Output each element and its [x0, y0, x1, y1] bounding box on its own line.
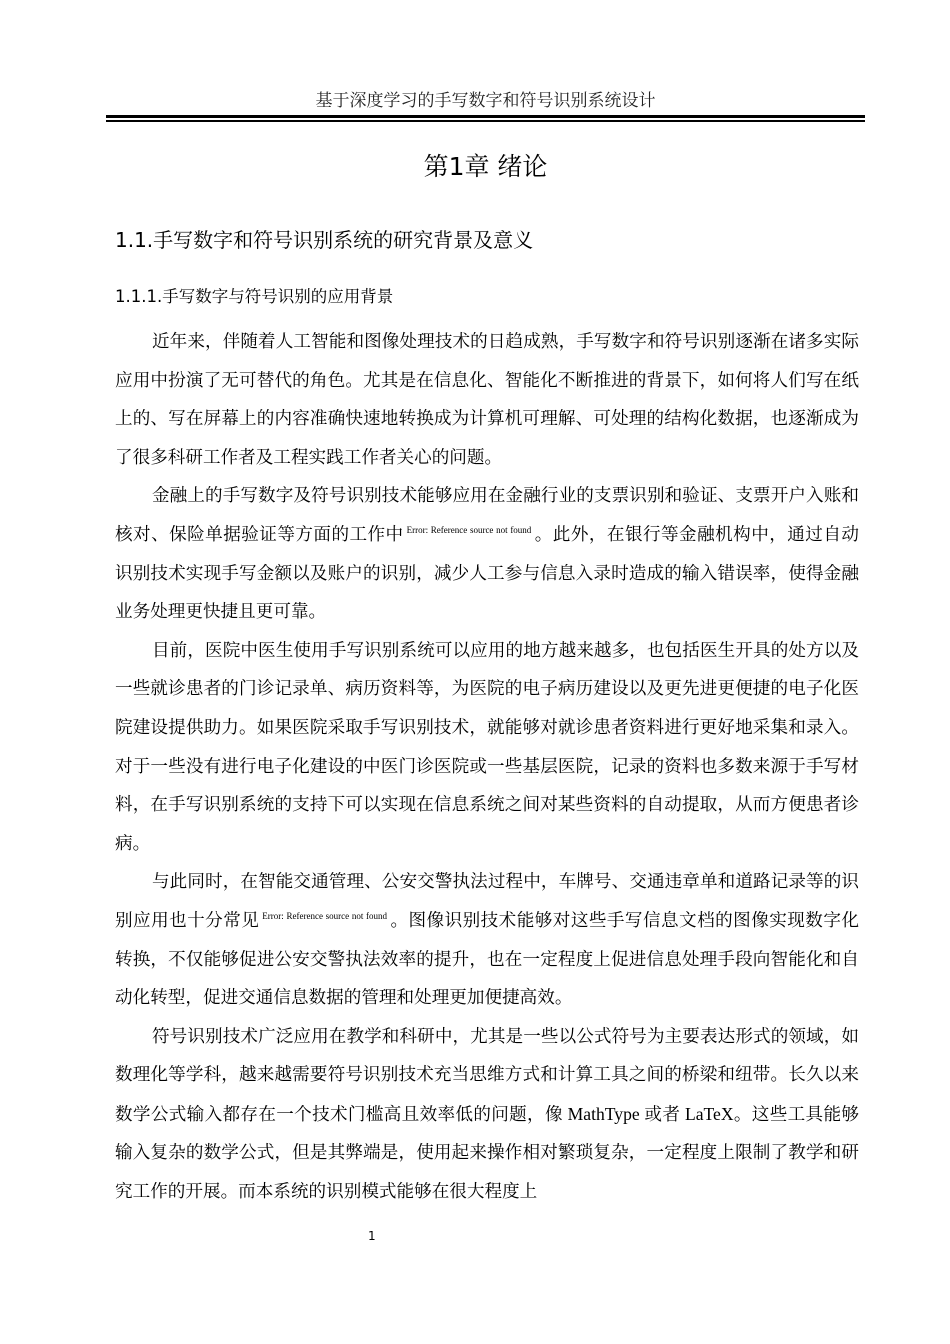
- subsection-heading: 1.1.1.手写数字与符号识别的应用背景: [115, 285, 393, 309]
- header-double-rule: [106, 115, 865, 122]
- term-latex: LaTeX: [680, 1104, 733, 1124]
- header-rule-thick: [106, 115, 865, 118]
- reference-error-field[interactable]: Error: Reference source not found: [259, 911, 390, 921]
- term-mathtype: MathType: [563, 1104, 645, 1124]
- running-header: 基于深度学习的手写数字和符号识别系统设计: [106, 90, 865, 112]
- header-rule-thin: [106, 120, 865, 122]
- section-heading: 1.1.手写数字和符号识别系统的研究背景及意义: [115, 226, 533, 254]
- body-text: 近年来，伴随着人工智能和图像处理技术的日趋成熟，手写数字和符号识别逐渐在诸多实际…: [115, 323, 859, 1212]
- paragraph-traffic: 与此同时，在智能交通管理、公安交警执法过程中，车牌号、交通违章单和道路记录等的识…: [115, 863, 859, 1017]
- document-page: 基于深度学习的手写数字和符号识别系统设计 第1章 绪论 1.1.手写数字和符号识…: [0, 0, 950, 1344]
- reference-error-field[interactable]: Error: Reference source not found: [404, 525, 535, 535]
- paragraph-ai-background: 近年来，伴随着人工智能和图像处理技术的日趋成熟，手写数字和符号识别逐渐在诸多实际…: [115, 323, 859, 477]
- chapter-title: 第1章 绪论: [106, 150, 865, 184]
- paragraph-education: 符号识别技术广泛应用在教学和科研中，尤其是一些以公式符号为主要表达形式的领域，如…: [115, 1018, 859, 1212]
- page-number: 1: [368, 1228, 376, 1244]
- paragraph-finance: 金融上的手写数字及符号识别技术能够应用在金融行业的支票识别和验证、支票开户入账和…: [115, 477, 859, 631]
- paragraph-hospital: 目前，医院中医生使用手写识别系统可以应用的地方越来越多，也包括医生开具的处方以及…: [115, 632, 859, 864]
- paragraph-text: 或者: [644, 1105, 680, 1125]
